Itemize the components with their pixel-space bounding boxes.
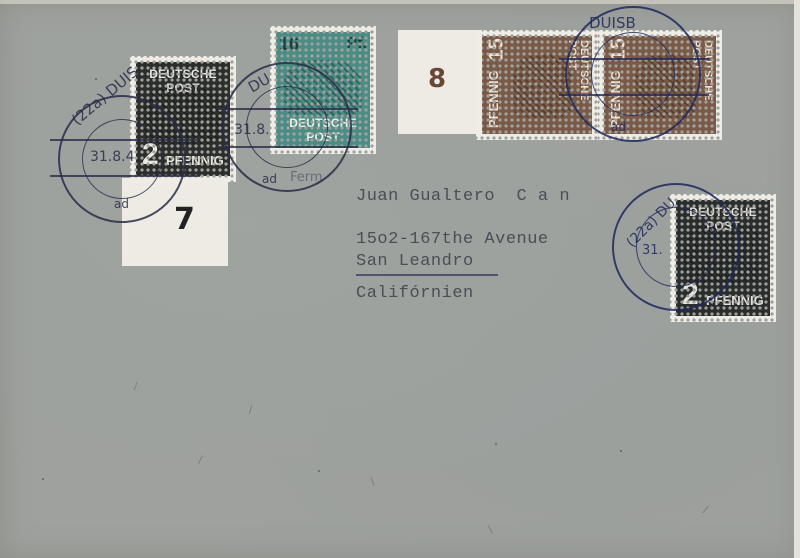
postmark-date: 31.8. [234, 122, 270, 138]
postmark-bar [218, 108, 358, 110]
paper-fiber [702, 506, 709, 514]
postmark-bar [50, 175, 200, 177]
address-name: Juan Gualtero C a n [356, 187, 570, 206]
postmark: (22a) DU 31. [612, 183, 740, 311]
postmark-date: 31.8.4 [90, 149, 135, 165]
stamp-unit: Pf. [347, 35, 367, 53]
paper-speck [495, 443, 497, 445]
paper-fiber [249, 405, 252, 414]
postmark-code: ad [611, 120, 626, 134]
postmark-inner-ring [591, 32, 675, 116]
postmark-place: (22a) DUIS [68, 63, 142, 129]
address-city-underline [356, 274, 498, 276]
postmark: DUISB ad [565, 6, 701, 142]
sheet-margin-number: 7 [174, 202, 195, 237]
stray-text: Ferm [290, 170, 323, 185]
paper-speck [95, 78, 97, 80]
paper-speck [620, 450, 622, 452]
postmark-bar [218, 146, 358, 148]
postmark-code: ad [114, 197, 129, 211]
postmark-bar [559, 94, 709, 96]
stamp-portrait [513, 54, 572, 118]
address-street: 15o2-167the Avenue [356, 230, 549, 249]
postmark-bar [50, 139, 200, 141]
paper-fiber [488, 525, 493, 533]
paper-fiber [133, 382, 137, 391]
postmark: DU 31.8. ad [222, 62, 352, 192]
postmark-place: DUISB [589, 14, 636, 32]
sheet-margin-number: 8 [428, 64, 446, 94]
postmark: (22a) DUIS 31.8.4 ad [58, 95, 186, 223]
address-region: Califórnien [356, 284, 474, 303]
stamp-value: 15 [486, 38, 509, 60]
paper-speck [318, 470, 320, 472]
stamp-value: 16 [279, 34, 299, 55]
postmark-date: 31. [642, 243, 663, 258]
paper-speck [42, 478, 44, 480]
envelope-top-edge [0, 0, 800, 4]
paper-fiber [198, 455, 203, 464]
postmark-bar [559, 58, 709, 60]
address-city: San Leandro [356, 252, 474, 271]
envelope: 7 DEUTSCHE POST 2 PFENNIG 16 Pf. DEUTSCH… [0, 0, 800, 558]
postmark-code: ad [262, 172, 277, 186]
envelope-right-edge [794, 0, 800, 558]
sheet-margin: 8 [398, 30, 482, 134]
paper-fiber [370, 477, 374, 486]
